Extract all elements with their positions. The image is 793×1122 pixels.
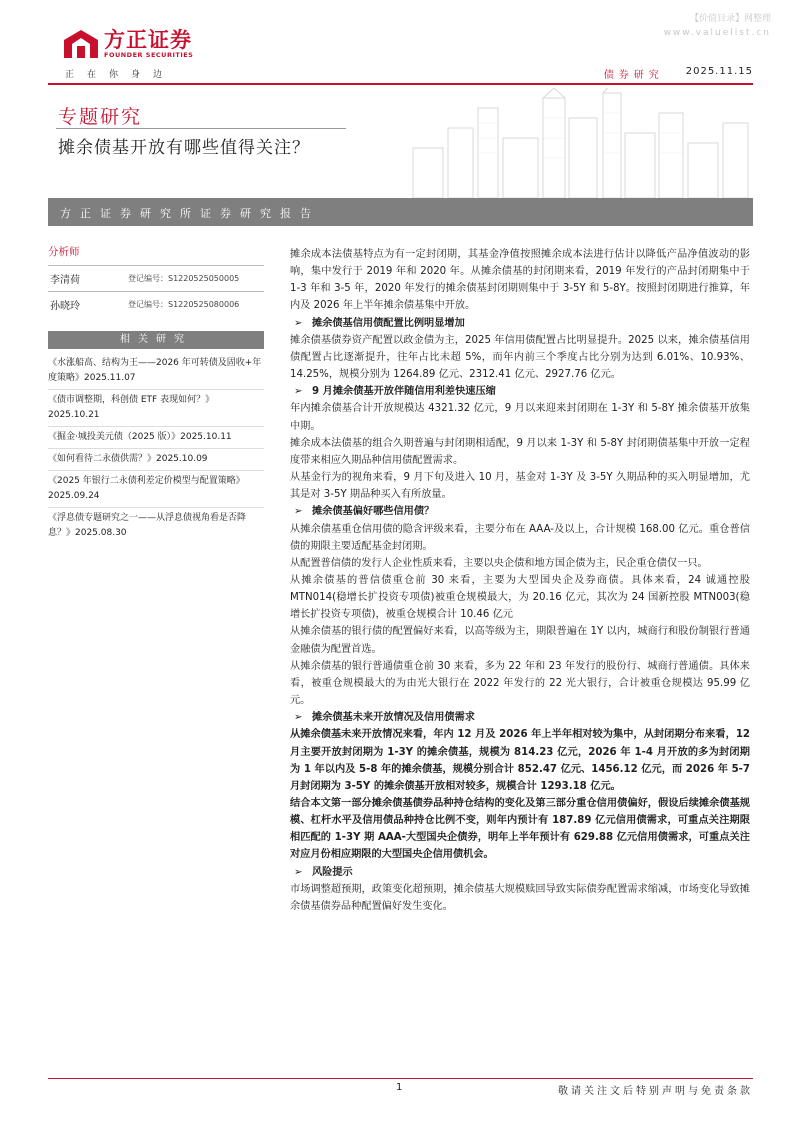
related-research-heading: 相关研究: [48, 331, 264, 349]
related-research-item[interactable]: 《2025 年银行二永债利差定价模型与配置策略》2025.09.24: [48, 471, 264, 508]
analyst-reg: 登记编号：S1220525050005: [128, 273, 239, 284]
paragraph: 从摊余债基的普信债重仓前 30 来看，主要为大型国央企及券商债。具体来看，24 …: [290, 572, 750, 623]
institute-band: 方正证券研究所证券研究报告: [48, 198, 753, 226]
skyline-illustration: [393, 88, 753, 198]
analyst-row: 李清荷 登记编号：S1220525050005: [48, 265, 264, 291]
arrow-bullet-icon: ➢: [290, 383, 312, 400]
related-research-item[interactable]: 《水涨船高、结构为王——2026 年可转债及固收+年度策略》2025.11.07: [48, 353, 264, 390]
related-research-item[interactable]: 《浮息债专题研究之一——从浮息债视角看是否降息？》2025.08.30: [48, 508, 264, 544]
paragraph: 从摊余债基重仓信用债的隐含评级来看，主要分布在 AAA-及以上，合计规模 168…: [290, 521, 750, 555]
watermark-url: www.valuelist.cn: [664, 26, 771, 40]
header-meta: 债券研究 2025.11.15: [604, 66, 753, 81]
section-heading-text: 风险提示: [312, 864, 353, 881]
title-divider: [56, 128, 346, 129]
paragraph: 从摊余债基的银行普通债重仓前 30 来看，多为 22 年和 23 年发行的股份行…: [290, 658, 750, 709]
section-heading-text: 摊余债基偏好哪些信用债？: [312, 503, 434, 520]
paragraph: 摊余成本法债基的组合久期普遍与封闭期相适配，9 月以来 1-3Y 和 5-8Y …: [290, 435, 750, 469]
analyst-name: 孙晓玲: [48, 297, 128, 312]
page-number: 1: [396, 1082, 402, 1093]
arrow-bullet-icon: ➢: [290, 315, 312, 332]
company-logo: 方正证券 FOUNDER SECURITIES: [62, 28, 193, 60]
footer-divider: [48, 1078, 753, 1079]
report-type: 专题研究: [58, 102, 142, 129]
section-heading-text: 摊余债基信用债配置比例明显增加: [312, 315, 465, 332]
sidebar: 分析师 李清荷 登记编号：S1220525050005 孙晓玲 登记编号：S12…: [48, 244, 264, 544]
paragraph: 摊余债基债券资产配置以政金债为主，2025 年信用债配置占比明显提升。2025 …: [290, 332, 750, 383]
paragraph: 从基金行为的视角来看，9 月下旬及进入 10 月，基金对 1-3Y 及 3-5Y…: [290, 469, 750, 503]
section-heading: ➢摊余债基未来开放情况及信用债需求: [290, 709, 750, 726]
analyst-row: 孙晓玲 登记编号：S1220525080006: [48, 291, 264, 317]
arrow-bullet-icon: ➢: [290, 709, 312, 726]
slogan: 正在你身边: [65, 67, 175, 80]
section-heading-text: 9 月摊余债基开放伴随信用利差快速压缩: [312, 383, 496, 400]
analyst-reg: 登记编号：S1220525080006: [128, 299, 239, 310]
section-heading: ➢9 月摊余债基开放伴随信用利差快速压缩: [290, 383, 750, 400]
paragraph: 市场调整超预期，政策变化超预期，摊余债基大规模赎回导致实际债券配置需求缩减，市场…: [290, 881, 750, 915]
watermark: 【价值目录】网整理 www.valuelist.cn: [664, 12, 771, 40]
section-heading-text: 摊余债基未来开放情况及信用债需求: [312, 709, 475, 726]
report-body: 摊余成本法债基特点为有一定封闭期，其基金净值按照摊余成本法进行估计以降低产品净值…: [290, 246, 750, 915]
report-date: 2025.11.15: [686, 66, 753, 81]
logo-name-cn: 方正证券: [104, 29, 193, 51]
related-research-item[interactable]: 《如何看待二永债供需？》2025.10.09: [48, 449, 264, 471]
founder-logo-icon: [62, 28, 100, 60]
section-heading: ➢摊余债基信用债配置比例明显增加: [290, 315, 750, 332]
header-divider: [48, 83, 753, 85]
report-title: 摊余债基开放有哪些值得关注？: [58, 133, 310, 158]
paragraph: 年内摊余债基合计开放规模达 4321.32 亿元，9 月以来迎来封闭期在 1-3…: [290, 400, 750, 434]
arrow-bullet-icon: ➢: [290, 864, 312, 881]
paragraph-bold: 结合本文第一部分摊余债基债券品种持仓结构的变化及第三部分重仓信用债偏好，假设后续…: [290, 795, 750, 864]
related-research-item[interactable]: 《债市调整期，科创债 ETF 表现如何？》2025.10.21: [48, 390, 264, 427]
section-heading: ➢摊余债基偏好哪些信用债？: [290, 503, 750, 520]
paragraph: 从摊余债基的银行债的配置偏好来看，以高等级为主，期限普遍在 1Y 以内，城商行和…: [290, 623, 750, 657]
logo-name-en: FOUNDER SECURITIES: [104, 51, 193, 59]
institute-band-text: 方正证券研究所证券研究报告: [60, 205, 320, 221]
disclaimer-note: 敬请关注文后特别声明与免责条款: [558, 1082, 753, 1097]
analysts-heading: 分析师: [48, 244, 264, 259]
section-heading: ➢风险提示: [290, 864, 750, 881]
watermark-line1: 【价值目录】网整理: [664, 12, 771, 26]
report-category: 债券研究: [604, 66, 664, 81]
related-research-item[interactable]: 《掘金·城投美元债（2025 版）》2025.10.11: [48, 427, 264, 449]
related-research-list: 《水涨船高、结构为王——2026 年可转债及固收+年度策略》2025.11.07…: [48, 353, 264, 544]
paragraph: 从配置普信债的发行人企业性质来看，主要以央企债和地方国企债为主，民企重仓债仅一只…: [290, 555, 750, 572]
paragraph-bold: 从摊余债基未来开放情况来看，年内 12 月及 2026 年上半年相对较为集中，从…: [290, 726, 750, 795]
arrow-bullet-icon: ➢: [290, 503, 312, 520]
analyst-name: 李清荷: [48, 271, 128, 286]
paragraph: 摊余成本法债基特点为有一定封闭期，其基金净值按照摊余成本法进行估计以降低产品净值…: [290, 246, 750, 315]
